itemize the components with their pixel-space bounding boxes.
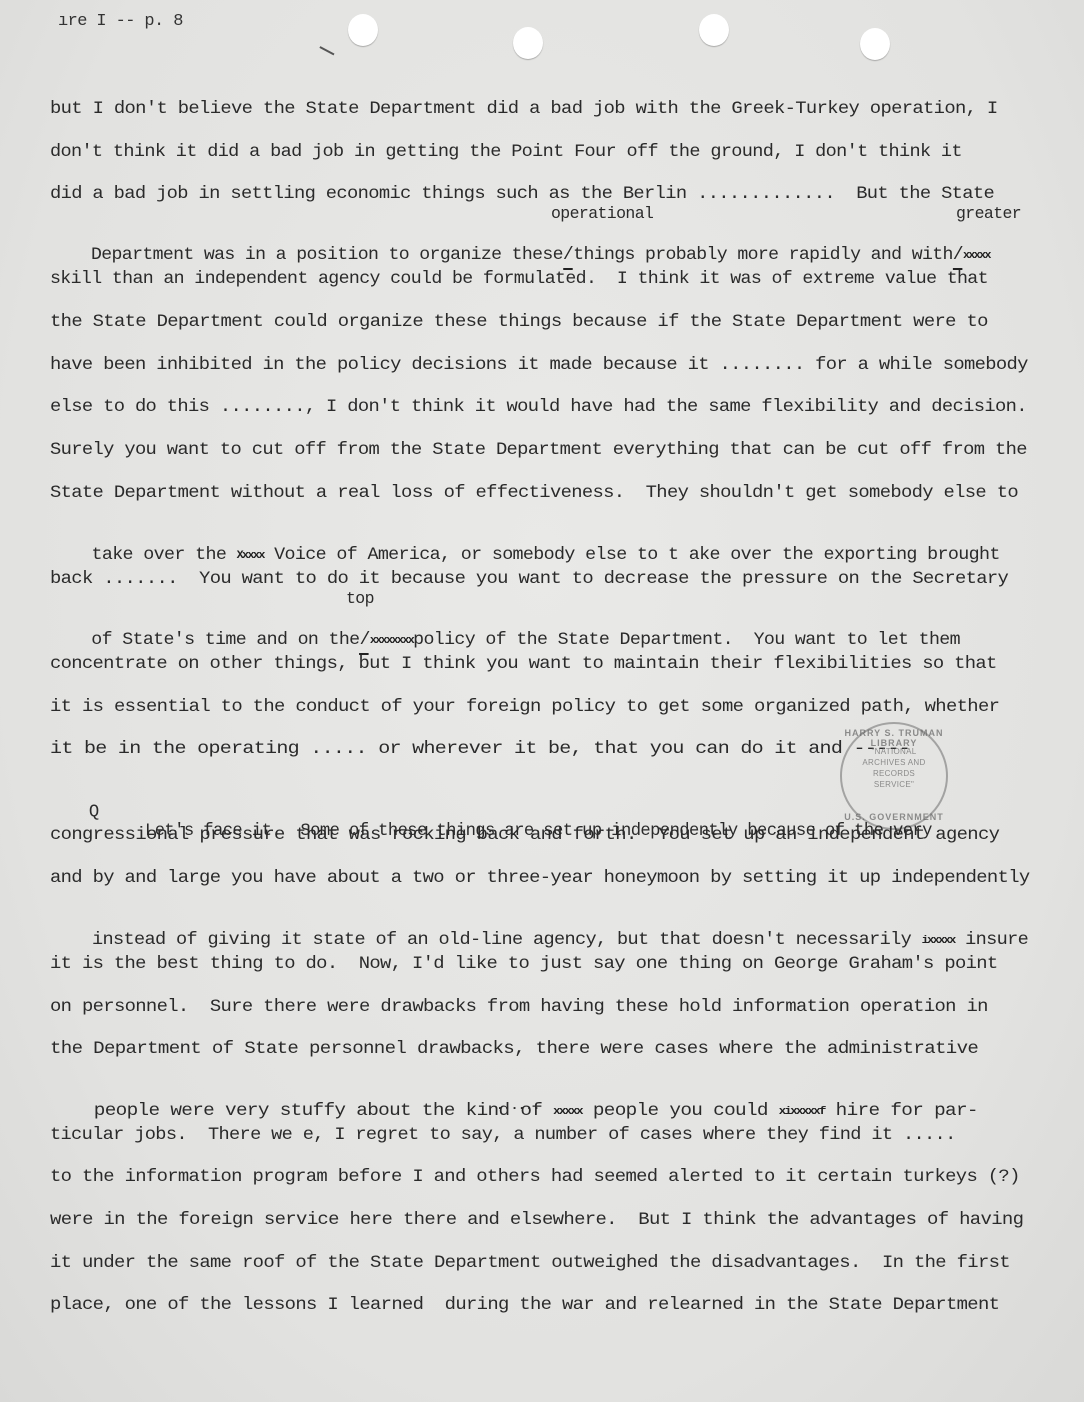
text-segment: people you could (582, 1102, 779, 1121)
handwritten-insertion-top: top (346, 589, 374, 608)
text-line: and by and large you have about a two or… (50, 869, 1030, 888)
text-segment: policy of the State Department. You want… (413, 631, 960, 650)
struck-out-text: xxxxx (963, 250, 990, 262)
stamp-line: "NATIONAL (842, 746, 946, 757)
text-line: State Department without a real loss of … (50, 484, 1018, 503)
page-header: ıre I -- p. 8 (58, 12, 183, 31)
text-line: the Department of State personnel drawba… (50, 1040, 978, 1059)
stamp-inner-text: "NATIONAL ARCHIVES AND RECORDS SERVICE" (842, 746, 946, 790)
text-line-question: Q Let's face it. Some of these things ar… (50, 784, 99, 860)
text-line: it be in the operating ..... or wherever… (50, 740, 910, 759)
punch-hole (348, 14, 378, 46)
text-line: to the information program before I and … (50, 1168, 1020, 1187)
struck-out-text: Xxxxx (237, 550, 264, 562)
text-line: skill than an independent agency could b… (50, 270, 988, 289)
struck-out-text: xixxxxxf (779, 1106, 825, 1118)
text-segment: things probably more rapidly and with (573, 246, 953, 265)
text-segment: take over the (91, 546, 236, 565)
text-line: it under the same roof of the State Depa… (50, 1254, 1010, 1273)
text-line: the State Department could organize thes… (50, 313, 988, 332)
speaker-label-q: Q (89, 803, 99, 822)
handwritten-insertion-operational: operational (551, 204, 653, 223)
pen-mark (320, 46, 335, 55)
text-segment: people were very stuffy about the kind o… (94, 1102, 553, 1121)
text-segment: insure (955, 931, 1029, 950)
punch-hole (699, 14, 729, 46)
text-segment: hire for par- (825, 1102, 978, 1121)
text-segment: Department was in a position to organize… (91, 246, 563, 265)
text-line: but I don't believe the State Department… (50, 100, 998, 119)
text-line: concentrate on other things, but I think… (50, 655, 997, 674)
text-line: it is the best thing to do. Now, I'd lik… (50, 955, 998, 974)
text-line: were in the foreign service here there a… (50, 1211, 1023, 1230)
punch-hole (513, 27, 543, 59)
insertion-caret-icon: / (563, 246, 573, 265)
stamp-ring-top: HARRY S. TRUMAN LIBRARY (842, 728, 946, 748)
text-segment: instead of giving it state of an old-lin… (92, 931, 922, 950)
text-line: congressional pressure that was rocking … (50, 826, 999, 845)
text-segment: Voice of America, or somebody else to t … (264, 546, 1000, 565)
text-segment: of State's time and on the (91, 631, 359, 650)
document-page: ıre I -- p. 8 but I don't believe the St… (0, 0, 1084, 1402)
struck-out-text: ixxxxx (922, 935, 955, 947)
insertion-caret-icon: / (360, 631, 370, 650)
text-line: Surely you want to cut off from the Stat… (50, 441, 1027, 460)
stamp-ring-bottom: U.S. GOVERNMENT (842, 812, 946, 822)
text-line: else to do this ........, I don't think … (50, 398, 1027, 417)
text-line: back ....... You want to do it because y… (50, 570, 1008, 589)
text-line: have been inhibited in the policy decisi… (50, 356, 1028, 375)
dots-under-struck-text: ...... (496, 1098, 540, 1113)
text-line: don't think it did a bad job in getting … (50, 143, 962, 162)
struck-out-text: xxxxx (553, 1106, 582, 1118)
text-line: on personnel. Sure there were drawbacks … (50, 998, 988, 1017)
handwritten-insertion-greater: greater (956, 204, 1021, 223)
text-line: it is essential to the conduct of your f… (50, 698, 999, 717)
stamp-line: RECORDS (842, 768, 946, 779)
struck-out-text: xxxxxxxx (370, 635, 413, 647)
text-line: did a bad job in settling economic thing… (50, 185, 994, 204)
stamp-line: SERVICE" (842, 779, 946, 790)
punch-hole (860, 28, 890, 60)
text-line: place, one of the lessons I learned duri… (50, 1296, 999, 1315)
text-line: ticular jobs. There we e, I regret to sa… (50, 1126, 956, 1145)
stamp-line: ARCHIVES AND (842, 757, 946, 768)
insertion-caret-icon: / (953, 246, 963, 265)
archive-stamp: HARRY S. TRUMAN LIBRARY "NATIONAL ARCHIV… (840, 722, 948, 830)
